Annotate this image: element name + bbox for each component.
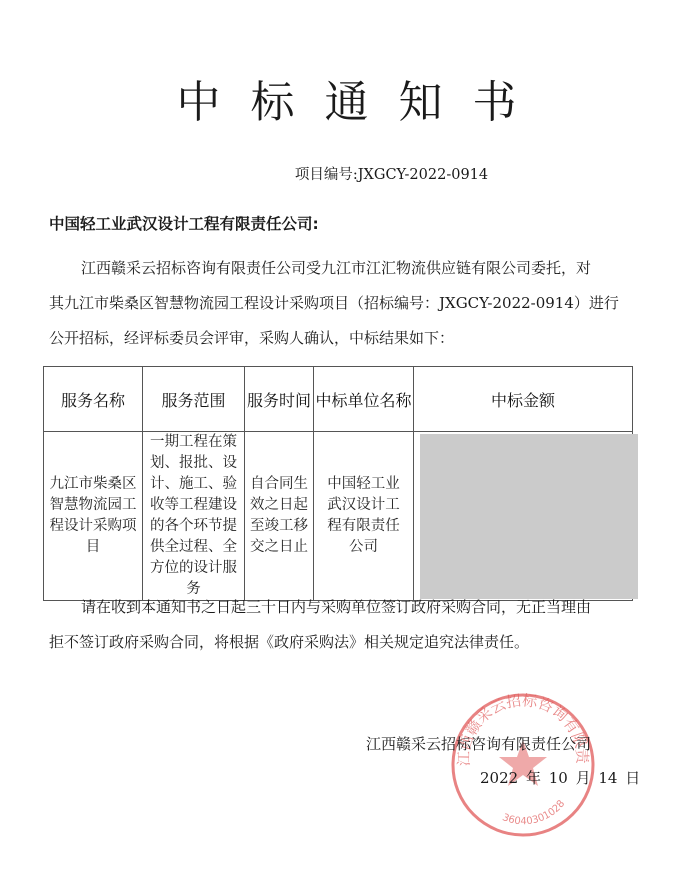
document-title: 中标通知书 <box>0 78 693 128</box>
svg-text:3604030102819: 3604030102819 <box>448 690 567 827</box>
intro-line: 其九江市柴桑区智慧物流园工程设计采购项目（招标编号：JXGCY-2022-091… <box>49 286 647 321</box>
notice-page: 中标通知书 项目编号:JXGCY-2022-0914 中国轻工业武汉设计工程有限… <box>0 0 693 891</box>
result-table: 服务名称 服务范围 服务时间 中标单位名称 中标金额 九江市柴桑区智慧物流园工程… <box>43 366 633 601</box>
closing-line: 拒不签订政府采购合同，将根据《政府采购法》相关规定追究法律责任。 <box>49 625 647 660</box>
closing-line: 请在收到本通知书之日起三十日内与采购单位签订政府采购合同，无正当理由 <box>49 590 647 625</box>
project-number: 项目编号:JXGCY-2022-0914 <box>0 165 693 185</box>
cell-winning-company: 中国轻工业武汉设计工程有限责任公司 <box>314 432 414 601</box>
header-winning-company: 中标单位名称 <box>314 367 414 432</box>
closing-paragraph: 请在收到本通知书之日起三十日内与采购单位签订政府采购合同，无正当理由 拒不签订政… <box>49 590 647 660</box>
winning-company-text: 中国轻工业武汉设计工程有限责任公司 <box>314 474 413 558</box>
addressee: 中国轻工业武汉设计工程有限责任公司: <box>49 213 319 235</box>
table-row: 九江市柴桑区智慧物流园工程设计采购项目 一期工程在策划、报批、设计、施工、验收等… <box>44 432 633 601</box>
cell-winning-amount <box>414 432 633 601</box>
cell-service-scope: 一期工程在策划、报批、设计、施工、验收等工程建设的各个环节提供全过程、全方位的设… <box>143 432 245 601</box>
service-name-text: 九江市柴桑区智慧物流园工程设计采购项目 <box>44 474 142 558</box>
header-service-time: 服务时间 <box>245 367 314 432</box>
header-winning-amount: 中标金额 <box>414 367 633 432</box>
intro-line: 江西赣采云招标咨询有限责任公司受九江市江汇物流供应链有限公司委托，对 <box>49 251 647 286</box>
project-number-value: JXGCY-2022-0914 <box>358 167 488 183</box>
signer-company: 江西赣采云招标咨询有限责任公司 <box>366 733 591 755</box>
intro-paragraph: 江西赣采云招标咨询有限责任公司受九江市江汇物流供应链有限公司委托，对 其九江市柴… <box>49 251 647 356</box>
intro-line: 公开招标，经评标委员会评审，采购人确认，中标结果如下： <box>49 321 647 356</box>
header-service-name: 服务名称 <box>44 367 143 432</box>
official-seal-icon: 江西赣采云招标咨询有限责任公司 3604030102819 <box>448 690 598 840</box>
cell-service-name: 九江市柴桑区智慧物流园工程设计采购项目 <box>44 432 143 601</box>
redaction-box <box>420 434 638 599</box>
service-scope-text: 一期工程在策划、报批、设计、施工、验收等工程建设的各个环节提供全过程、全方位的设… <box>143 432 244 600</box>
cell-service-time: 自合同生效之日起至竣工移交之日止 <box>245 432 314 601</box>
project-number-label: 项目编号: <box>295 167 358 183</box>
issue-date: 2022 年 10 月 14 日 <box>480 767 640 789</box>
service-time-text: 自合同生效之日起至竣工移交之日止 <box>245 474 313 558</box>
header-service-scope: 服务范围 <box>143 367 245 432</box>
table-header-row: 服务名称 服务范围 服务时间 中标单位名称 中标金额 <box>44 367 633 432</box>
